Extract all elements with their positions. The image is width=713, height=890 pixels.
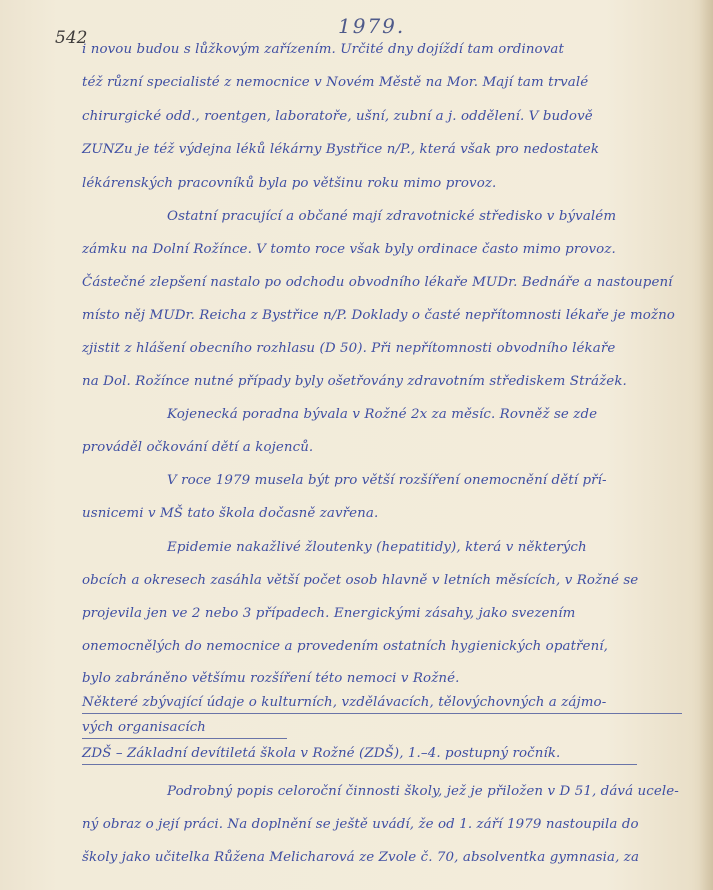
text-line: zjistit z hlášení obecního rozhlasu (D 5… [82,339,682,359]
text-line: na Dol. Rožínce nutné případy byly ošetř… [82,372,682,392]
paragraph-start: Kojenecká poradna bývala v Rožné 2x za m… [82,405,682,425]
text-line: lékárenských pracovníků byla po většinu … [82,174,682,194]
text-line: školy jako učitelka Růžena Melicharová z… [82,848,682,868]
paragraph-start: V roce 1979 musela být pro větší rozšíře… [82,471,682,491]
text-line: onemocnělých do nemocnice a provedením o… [82,637,682,657]
text-line: obcích a okresech zasáhla větší počet os… [82,571,682,591]
text-line: usnicemi v MŠ tato škola dočasně zavřena… [82,504,682,524]
subsection-heading: ZDŠ – Základní devítiletá škola v Rožné … [82,744,637,765]
paragraph-start: Epidemie nakažlivé žloutenky (hepatitidy… [82,538,682,558]
text-line: Částečné zlepšení nastalo po odchodu obv… [82,273,682,293]
text-line: ZUNZu je též výdejna léků lékárny Bystři… [82,140,682,160]
text-line: místo něj MUDr. Reicha z Bystřice n/P. D… [82,306,682,326]
text-line: prováděl očkování dětí a kojenců. [82,438,682,458]
text-line: ný obraz o její práci. Na doplnění se je… [82,815,682,835]
text-line: projevila jen ve 2 nebo 3 případech. Ene… [82,604,682,624]
paragraph-start: Ostatní pracující a občané mají zdravotn… [82,207,682,227]
text-line: chirurgické odd., roentgen, laboratoře, … [82,107,682,127]
section-heading-cont: vých organisacích [82,718,287,739]
text-line: bylo zabráněno většímu rozšíření této ne… [82,669,682,689]
text-line: i novou budou s lůžkovým zařízením. Urči… [82,40,682,60]
section-heading: Některé zbývající údaje o kulturních, vz… [82,693,682,714]
chronicle-page: 1979. 542 i novou budou s lůžkovým zaříz… [0,0,713,890]
year-heading: 1979. [338,14,405,38]
paragraph-start: Podrobný popis celoroční činnosti školy,… [82,782,682,802]
text-line: též různí specialisté z nemocnice v Nové… [82,73,682,93]
text-line: zámku na Dolní Rožínce. V tomto roce vša… [82,240,682,260]
